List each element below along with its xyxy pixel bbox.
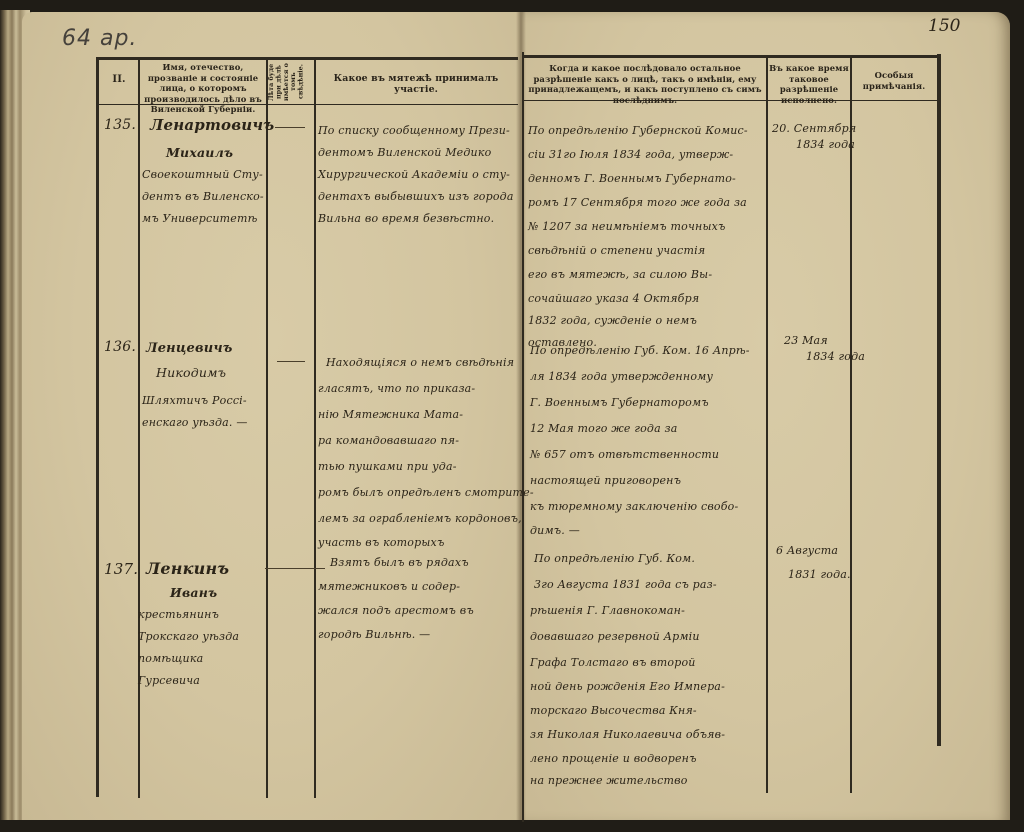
surname: Ленартовичъ bbox=[150, 112, 274, 139]
left-border-rule bbox=[96, 57, 99, 797]
folio-number: 150 bbox=[928, 16, 960, 36]
status-line: Шляхтичъ Россі- bbox=[142, 394, 247, 408]
given-name: Михаилъ bbox=[166, 140, 233, 167]
col-header-resolution: Когда и какое послѣдовало остальное разр… bbox=[524, 63, 766, 105]
status-line: дентъ въ Виленско- bbox=[142, 190, 264, 204]
participation-line: Находящіяся о немъ свѣдѣнія bbox=[326, 356, 514, 370]
resolution-line: 1832 года, сужденіе о немъ bbox=[528, 314, 697, 328]
resolution-line: По опредѣленію Губ. Ком. bbox=[534, 552, 695, 566]
executed-date: 6 Августа bbox=[776, 544, 838, 558]
resolution-line: на прежнее жительство bbox=[530, 774, 688, 788]
archive-mark: 64 ap. bbox=[62, 26, 137, 51]
resolution-line: По опредѣленію Губернской Комис- bbox=[528, 124, 748, 138]
participation-line: Вильна во время безвѣстно. bbox=[318, 212, 494, 226]
row-number: 136. bbox=[104, 334, 136, 361]
surname: Ленкинъ bbox=[146, 556, 229, 583]
resolution-line: зя Николая Николаевича объяв- bbox=[530, 728, 725, 742]
resolution-line: настоящей приговоренъ bbox=[530, 474, 681, 488]
participation-line: ра командовавшаго пя- bbox=[318, 434, 459, 448]
resolution-line: сіи 31го Іюля 1834 года, утверж- bbox=[528, 148, 733, 162]
resolution-line: 12 Мая того же года за bbox=[530, 422, 678, 436]
resolution-line: свѣдѣній о степени участія bbox=[528, 244, 705, 258]
resolution-line: довавшаго резервной Арміи bbox=[530, 630, 700, 644]
participation-line: мятежниковъ и содер- bbox=[318, 580, 460, 594]
property-dash bbox=[277, 361, 305, 362]
participation-line: ромъ былъ опредѣленъ смотрите- bbox=[318, 486, 534, 500]
status-line: енскаго уѣзда. — bbox=[142, 416, 248, 430]
status-line: помѣщика bbox=[138, 652, 203, 666]
resolution-line: 3го Августа 1831 года съ раз- bbox=[534, 578, 717, 592]
col-header-property: Лѣта буде при дѣлѣ имѣется о томъ свѣдѣн… bbox=[268, 61, 314, 103]
book-spread: 64 ap. 150 II. Имя, отечество, прозваніе… bbox=[0, 0, 1024, 832]
col-header-notes: Особыя примѣчанія. bbox=[852, 70, 936, 91]
gutter-rule bbox=[522, 52, 524, 822]
resolution-line: димъ. — bbox=[530, 524, 580, 538]
participation-line: участь въ которыхъ bbox=[318, 536, 444, 550]
participation-line: дентахъ выбывшихъ изъ города bbox=[318, 190, 514, 204]
status-line: мъ Университетѣ bbox=[142, 212, 258, 226]
resolution-line: Графа Толстаго въ второй bbox=[530, 656, 696, 670]
rule-property-participation bbox=[314, 60, 316, 798]
resolution-line: сочайшаго указа 4 Октября bbox=[528, 292, 699, 306]
executed-year: 1831 года. bbox=[788, 568, 851, 582]
bottom-edge bbox=[0, 820, 1024, 832]
rule-executed-notes bbox=[850, 58, 852, 793]
connector-dash bbox=[265, 568, 325, 569]
resolution-line: № 1207 за неимѣніемъ точныхъ bbox=[528, 220, 726, 234]
participation-line: тью пушками при уда- bbox=[318, 460, 457, 474]
resolution-line: денномъ Г. Военнымъ Губернато- bbox=[528, 172, 736, 186]
given-name: Никодимъ bbox=[156, 360, 226, 387]
executed-date: 20. Сентября bbox=[772, 122, 856, 136]
resolution-line: ромъ 17 Сентября того же года за bbox=[528, 196, 747, 210]
book-gutter bbox=[516, 12, 526, 822]
surname: Ленцевичъ bbox=[146, 336, 233, 363]
resolution-line: рѣшенія Г. Главнокоман- bbox=[530, 604, 685, 618]
rule-resolution-executed bbox=[766, 58, 768, 793]
executed-year: 1834 года bbox=[796, 138, 855, 152]
given-name: Иванъ bbox=[170, 580, 217, 607]
status-line: Своекоштный Сту- bbox=[142, 168, 263, 182]
right-border-rule bbox=[937, 54, 941, 746]
resolution-line: торскаго Высочества Кня- bbox=[530, 704, 697, 718]
resolution-line: къ тюремному заключенію свобо- bbox=[530, 500, 738, 514]
rule-person-property bbox=[266, 60, 268, 798]
col-header-no: II. bbox=[100, 75, 138, 86]
col-header-participation: Какое въ мятежѣ принималъ участіе. bbox=[318, 74, 514, 95]
resolution-line: ной день рожденія Его Импера- bbox=[530, 680, 725, 694]
row-number: 137. bbox=[104, 556, 138, 583]
participation-line: гласятъ, что по приказа- bbox=[318, 382, 475, 396]
resolution-line: № 657 отъ отвѣтственности bbox=[530, 448, 719, 462]
participation-line: лемъ за ограбленіемъ кордоновъ, bbox=[318, 512, 522, 526]
resolution-line: Г. Военнымъ Губернаторомъ bbox=[530, 396, 709, 410]
status-line: Трокскаго уѣзда bbox=[138, 630, 239, 644]
resolution-line: ля 1834 года утвержденному bbox=[530, 370, 713, 384]
executed-year: 1834 года bbox=[806, 350, 865, 364]
property-dash bbox=[275, 127, 305, 128]
status-line: крестьянинъ bbox=[138, 608, 219, 622]
participation-line: городѣ Вильнѣ. — bbox=[318, 628, 430, 642]
resolution-line: По опредѣленію Губ. Ком. 16 Апрѣ- bbox=[530, 344, 750, 358]
participation-line: нію Мятежника Мата- bbox=[318, 408, 463, 422]
header-top-rule-right bbox=[524, 55, 938, 58]
resolution-line: его въ мятежѣ, за силою Вы- bbox=[528, 268, 712, 282]
col-header-person: Имя, отечество, прозваніе и состояніе ли… bbox=[141, 62, 265, 115]
participation-line: Взятъ былъ въ рядахъ bbox=[330, 556, 469, 570]
row-number: 135. bbox=[104, 112, 136, 139]
participation-line: По списку сообщенному Прези- bbox=[318, 124, 510, 138]
participation-line: жался подъ арестомъ въ bbox=[318, 604, 474, 618]
status-line: Гурсевича bbox=[138, 674, 200, 688]
participation-line: дентомъ Виленской Медико bbox=[318, 146, 491, 160]
resolution-line: лено прощеніе и водворенъ bbox=[530, 752, 697, 766]
participation-line: Хирургической Академіи о сту- bbox=[318, 168, 510, 182]
header-top-rule-left bbox=[98, 57, 518, 60]
executed-date: 23 Мая bbox=[784, 334, 828, 348]
col-header-executed: Въ какое время таковое разрѣшеніе исполн… bbox=[768, 63, 850, 105]
